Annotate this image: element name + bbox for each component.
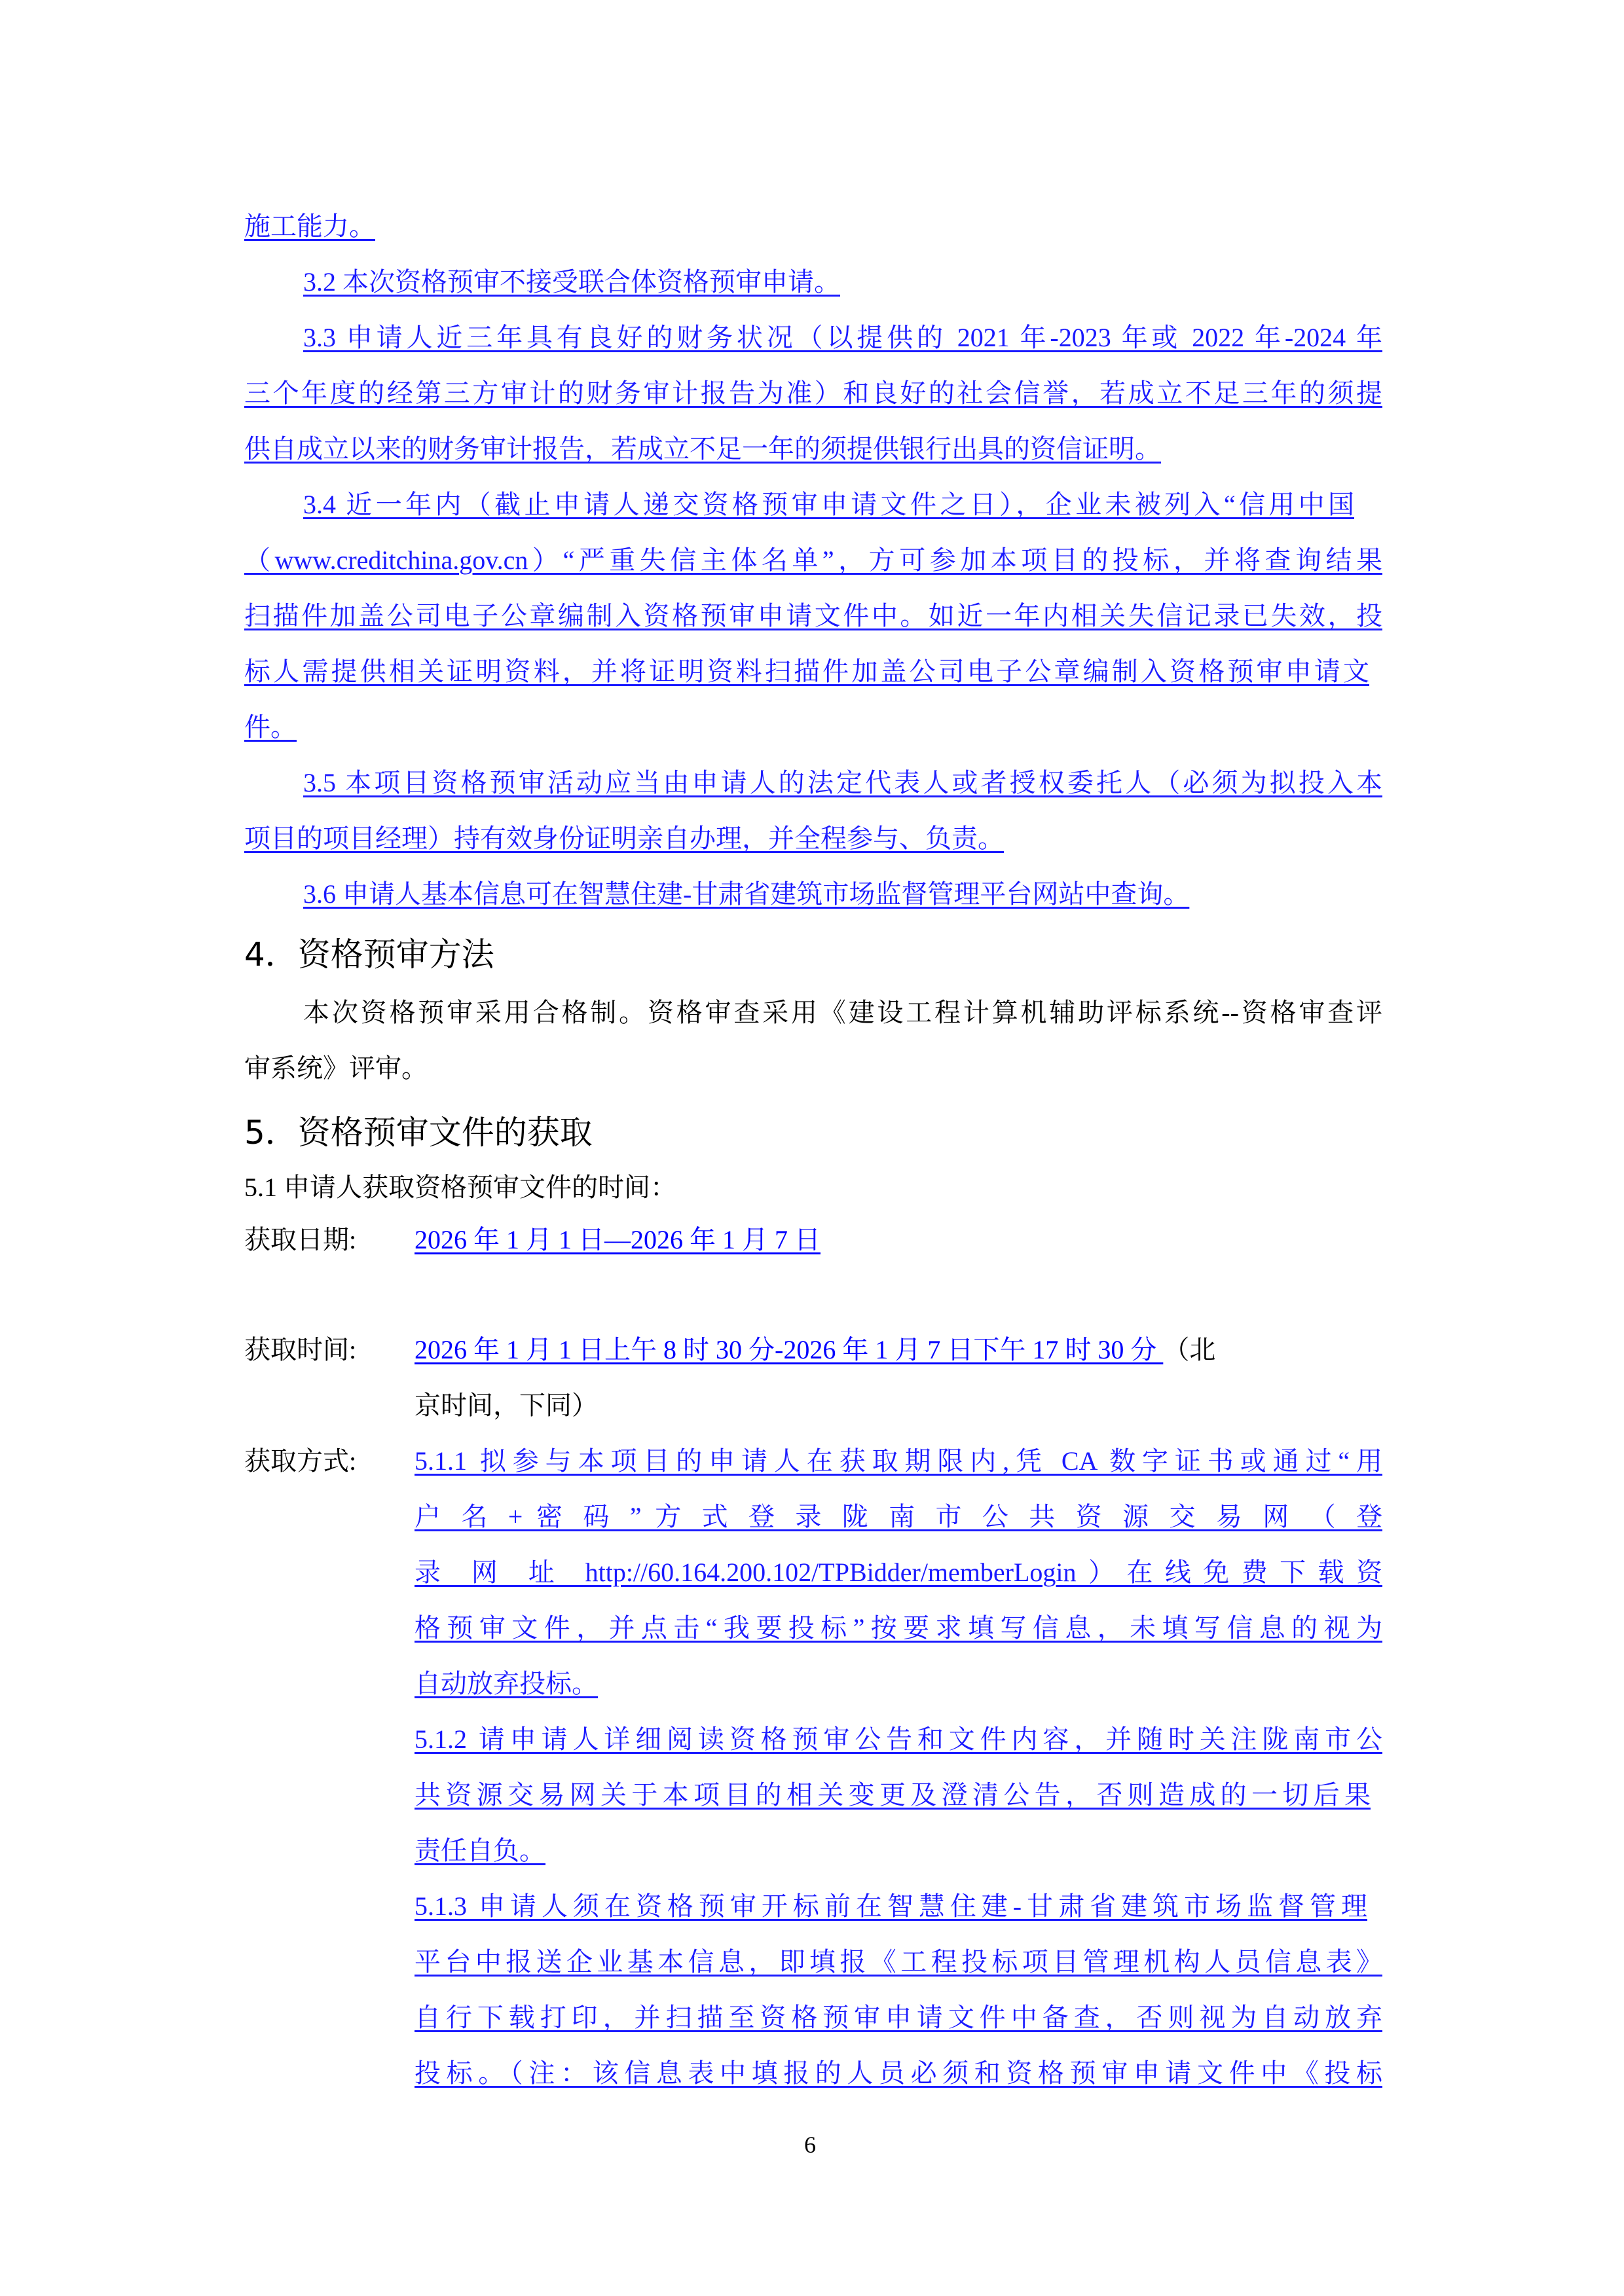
clause-5-1-3-line-4: 投标。（注：该信息表中填报的人员必须和资格预审申请文件中《投标 [415,2058,1382,2089]
clause-3-2: 3.2 本次资格预审不接受联合体资格预审申请。 [303,266,840,298]
clause-5-1-1-line-4: 格预审文件，并点击“我要投标”按要求填写信息，未填写信息的视为 [415,1613,1382,1644]
clause-3-4-line-1: 3.4 近一年内（截止申请人递交资格预审申请文件之日），企业未被列入“信用中国 [303,489,1354,520]
section3-continuation: 施工能力。 [244,211,375,242]
clause-3-3-line-1: 3.3 申请人近三年具有良好的财务状况（以提供的 2021 年-2023 年或 … [303,322,1382,354]
section-4-body-line-1: 本次资格预审采用合格制。资格审查采用《建设工程计算机辅助评标系统--资格审查评 [303,997,1382,1029]
clause-5-1-3-line-1: 5.1.3 申请人须在资格预审开标前在智慧住建-甘肃省建筑市场监督管理 [415,1891,1367,1922]
time-label: 获取时间: [244,1334,356,1366]
clause-3-4-line-4: 标人需提供相关证明资料，并将证明资料扫描件加盖公司电子公章编制入资格预审申请文 [244,656,1369,687]
page-number: 6 [804,2131,816,2159]
section-4-heading: 4．资格预审方法 [244,935,494,974]
clause-3-5-line-1: 3.5 本项目资格预审活动应当由申请人的法定代表人或者授权委托人（必须为拟投入本 [303,767,1382,799]
section-5-heading: 5．资格预审文件的获取 [244,1113,593,1152]
clause-3-6: 3.6 申请人基本信息可在智慧住建-甘肃省建筑市场监督管理平台网站中查询。 [303,879,1189,910]
clause-5-1-3-line-3: 自行下载打印，并扫描至资格预审申请文件中备查，否则视为自动放弃 [415,2002,1382,2033]
clause-3-5-line-2: 项目的项目经理）持有效身份证明亲自办理，并全程参与、负责。 [244,823,1004,854]
clause-5-1-1-line-2: 户 名 + 密 码 ” 方 式 登 录 陇 南 市 公 共 资 源 交 易 网 … [415,1501,1382,1533]
clause-3-3-line-3: 供自成立以来的财务审计报告，若成立不足一年的须提供银行出具的资信证明。 [244,433,1161,465]
clause-3-4-line-2: （www.creditchina.gov.cn）“严重失信主体名单”，方可参加本… [244,545,1382,576]
clause-3-4-line-3: 扫描件加盖公司电子公章编制入资格预审申请文件中。如近一年内相关失信记录已失效，投 [244,600,1382,632]
time-value-line-1: 2026 年 1 月 1 日上午 8 时 30 分-2026 年 1 月 7 日… [415,1334,1382,1366]
time-suffix: （北 [1163,1335,1215,1364]
clause-5-1: 5.1 申请人获取资格预审文件的时间： [244,1172,676,1203]
clause-5-1-3-line-2: 平台中报送企业基本信息，即填报《工程投标项目管理机构人员信息表》 [415,1946,1382,1978]
clause-3-4-line-5: 件。 [244,712,297,743]
date-label: 获取日期: [244,1224,356,1256]
clause-5-1-1-line-3-url[interactable]: 录 网 址 http://60.164.200.102/TPBidder/mem… [415,1557,1382,1588]
clause-5-1-1-line-1: 5.1.1 拟参与本项目的申请人在获取期限内,凭 CA 数字证书或通过“用 [415,1446,1382,1477]
method-label: 获取方式: [244,1446,356,1477]
clause-5-1-2-line-3: 责任自负。 [415,1835,545,1867]
section-4-body-line-2: 审系统》评审。 [244,1053,428,1084]
clause-5-1-1-line-5: 自动放弃投标。 [415,1668,598,1700]
date-value: 2026 年 1 月 1 日—2026 年 1 月 7 日 [415,1224,1308,1256]
clause-5-1-2-line-1: 5.1.2 请申请人详细阅读资格预审公告和文件内容，并随时关注陇南市公 [415,1724,1382,1755]
clause-5-1-2-line-2: 共资源交易网关于本项目的相关变更及澄清公告，否则造成的一切后果 [415,1779,1371,1811]
time-value-line-2: 京时间，下同） [415,1390,598,1421]
clause-3-3-line-2: 三个年度的经第三方审计的财务审计报告为准）和良好的社会信誉，若成立不足三年的须提 [244,378,1382,409]
document-page: 施工能力。 3.2 本次资格预审不接受联合体资格预审申请。 3.3 申请人近三年… [0,0,1624,2296]
